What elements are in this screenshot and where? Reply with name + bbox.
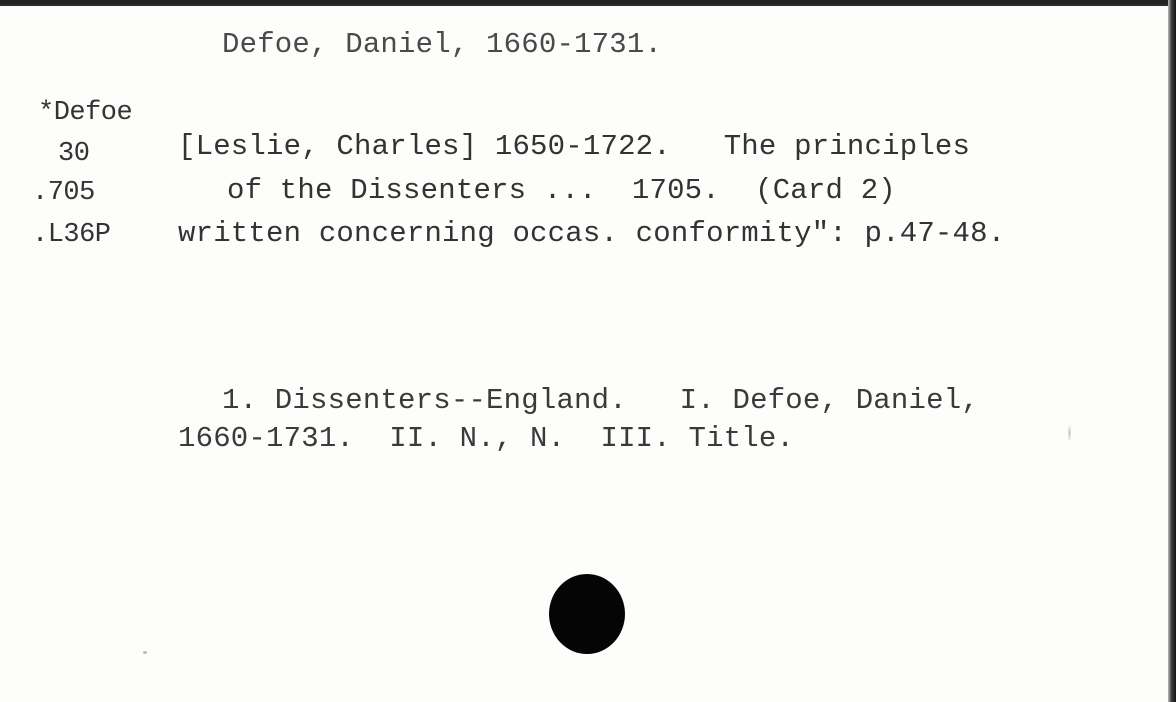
call-number-line: *Defoe [38, 98, 132, 128]
call-number-line: .705 [32, 178, 95, 208]
bibliographic-description-line: written concerning occas. conformity": p… [178, 217, 1005, 250]
paper-speck [143, 651, 147, 654]
added-entry-heading: Defoe, Daniel, 1660-1731. [222, 28, 662, 61]
bibliographic-description-line: [Leslie, Charles] 1650-1722. The princip… [178, 130, 970, 163]
subject-tracing-line: 1660-1731. II. N., N. III. Title. [178, 422, 794, 455]
ink-smudge [1068, 426, 1071, 440]
bibliographic-description-line: of the Dissenters ... 1705. (Card 2) [227, 174, 896, 207]
punch-hole-icon [549, 574, 625, 654]
call-number-line: .L36P [32, 220, 111, 250]
card-right-edge [1168, 0, 1176, 702]
subject-tracing-line: 1. Dissenters--England. I. Defoe, Daniel… [222, 384, 979, 417]
call-number-line: 30 [58, 139, 89, 169]
